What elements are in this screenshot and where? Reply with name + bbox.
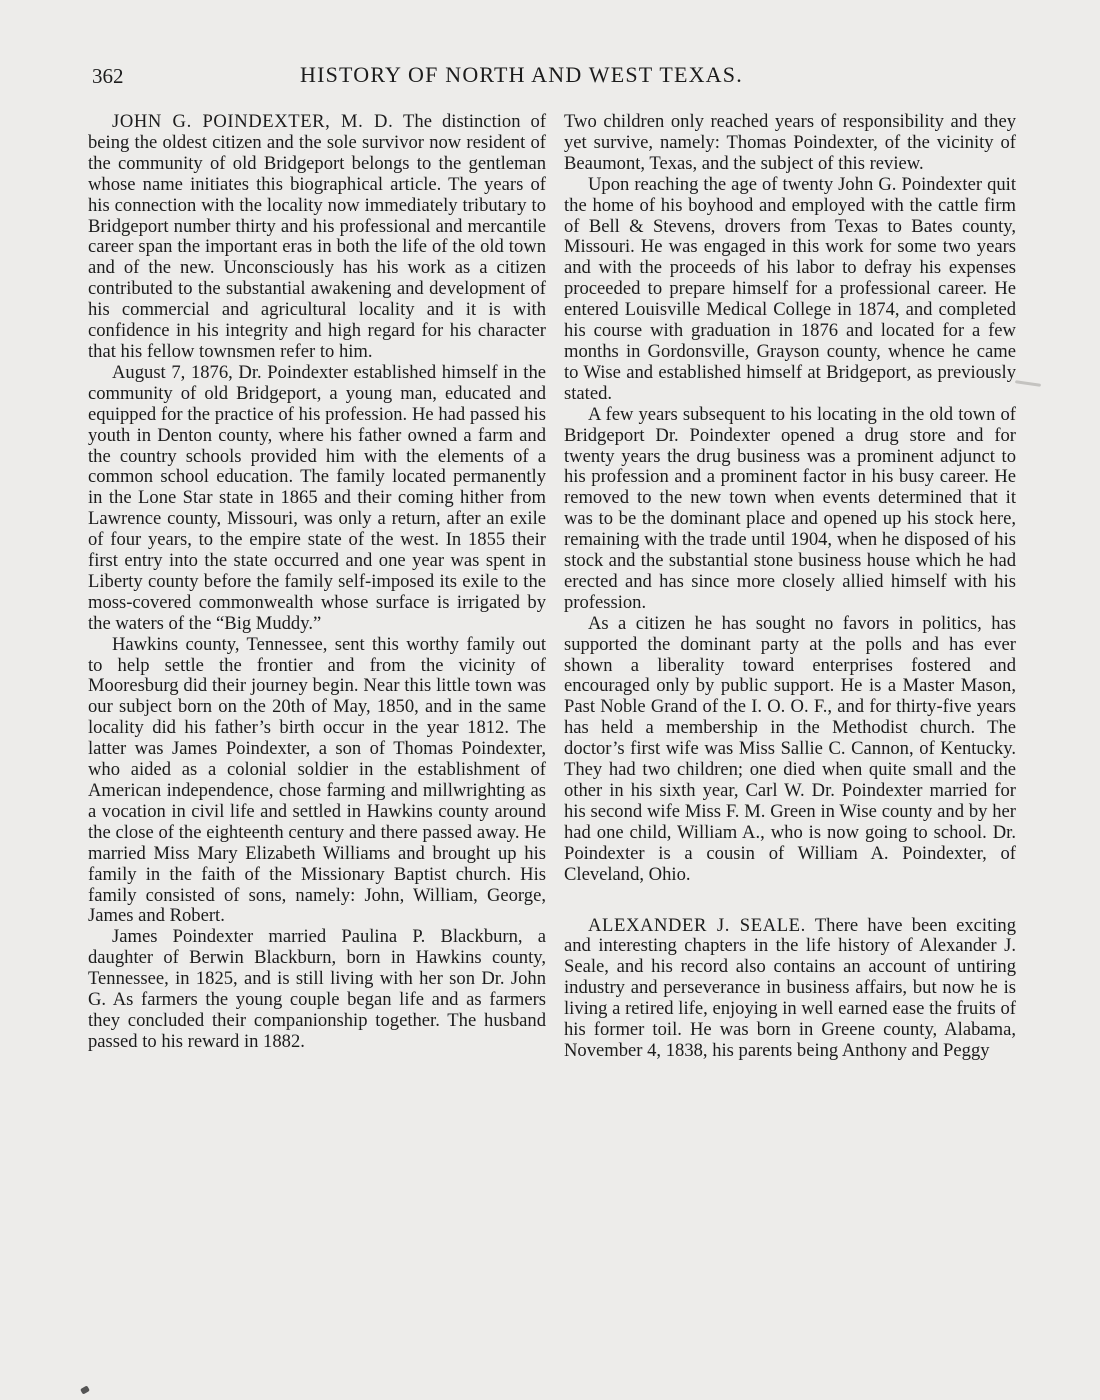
biography-heading-seale: ALEXANDER J. SEALE.	[588, 915, 806, 936]
paragraph-seale-intro: ALEXANDER J. SEALE. There have been exci…	[564, 916, 1016, 1062]
right-column: Two children only reached years of respo…	[564, 112, 1016, 1062]
left-column: JOHN G. POINDEXTER, M. D. The distinctio…	[88, 112, 546, 1053]
paragraph-text: There have been exciting and interesting…	[564, 915, 1016, 1061]
paragraph-text: August 7, 1876, Dr. Poindexter establish…	[88, 362, 546, 634]
paragraph-citizenship-family: As a citizen he has sought no favors in …	[564, 614, 1016, 886]
paragraph-arrival-bridgeport: August 7, 1876, Dr. Poindexter establish…	[88, 363, 546, 635]
paragraph-text: Two children only reached years of respo…	[564, 111, 1016, 174]
paragraph-children: Two children only reached years of respo…	[564, 112, 1016, 175]
paragraph-poindexter-intro: JOHN G. POINDEXTER, M. D. The distinctio…	[88, 112, 546, 363]
page-blemish	[1015, 380, 1041, 387]
paragraph-text: James Poindexter married Paulina P. Blac…	[88, 926, 546, 1052]
paragraph-text: Upon reaching the age of twenty John G. …	[564, 174, 1016, 404]
paragraph-text: A few years subsequent to his locating i…	[564, 404, 1016, 613]
running-title: HISTORY OF NORTH AND WEST TEXAS.	[300, 62, 743, 88]
page-header: 362 HISTORY OF NORTH AND WEST TEXAS.	[92, 62, 1012, 92]
paragraph-text: As a citizen he has sought no favors in …	[564, 613, 1016, 885]
paragraph-hawkins-county: Hawkins county, Tennessee, sent this wor…	[88, 635, 546, 928]
paragraph-education: Upon reaching the age of twenty John G. …	[564, 175, 1016, 405]
page-blemish	[80, 1385, 90, 1394]
biography-heading-poindexter: JOHN G. POINDEXTER, M. D.	[112, 111, 393, 132]
paragraph-james-poindexter: James Poindexter married Paulina P. Blac…	[88, 927, 546, 1052]
paragraph-text: The distinction of being the oldest citi…	[88, 111, 546, 362]
document-page: 362 HISTORY OF NORTH AND WEST TEXAS. JOH…	[0, 0, 1100, 1400]
page-number: 362	[92, 64, 124, 89]
paragraph-drug-store: A few years subsequent to his locating i…	[564, 405, 1016, 614]
paragraph-text: Hawkins county, Tennessee, sent this wor…	[88, 634, 546, 927]
